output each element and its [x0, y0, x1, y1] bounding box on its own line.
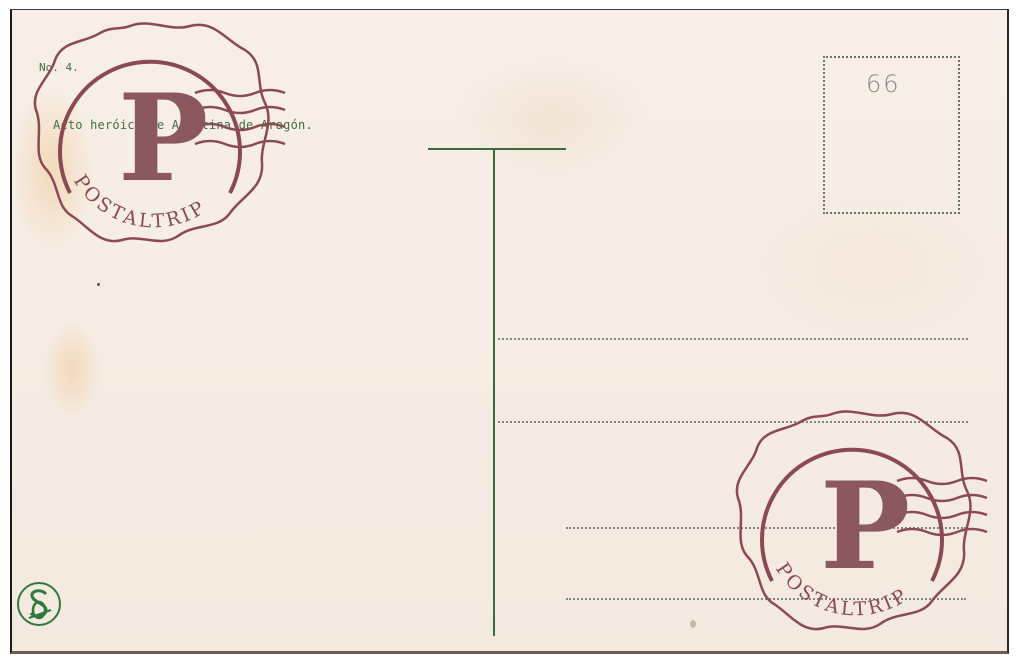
address-line	[498, 338, 968, 340]
divider-vertical-line	[493, 148, 495, 636]
svg-text:P: P	[118, 68, 208, 209]
postaltrip-watermark-icon: P POSTALTRIP	[732, 406, 992, 638]
pencil-note: 66	[866, 70, 901, 98]
postaltrip-watermark-icon: P POSTALTRIP	[30, 18, 290, 250]
divider-top-line	[428, 148, 566, 150]
paper-speck	[97, 283, 100, 286]
svg-text:P: P	[820, 456, 910, 597]
paper-speck	[690, 620, 696, 628]
publisher-monogram-icon	[15, 580, 63, 628]
